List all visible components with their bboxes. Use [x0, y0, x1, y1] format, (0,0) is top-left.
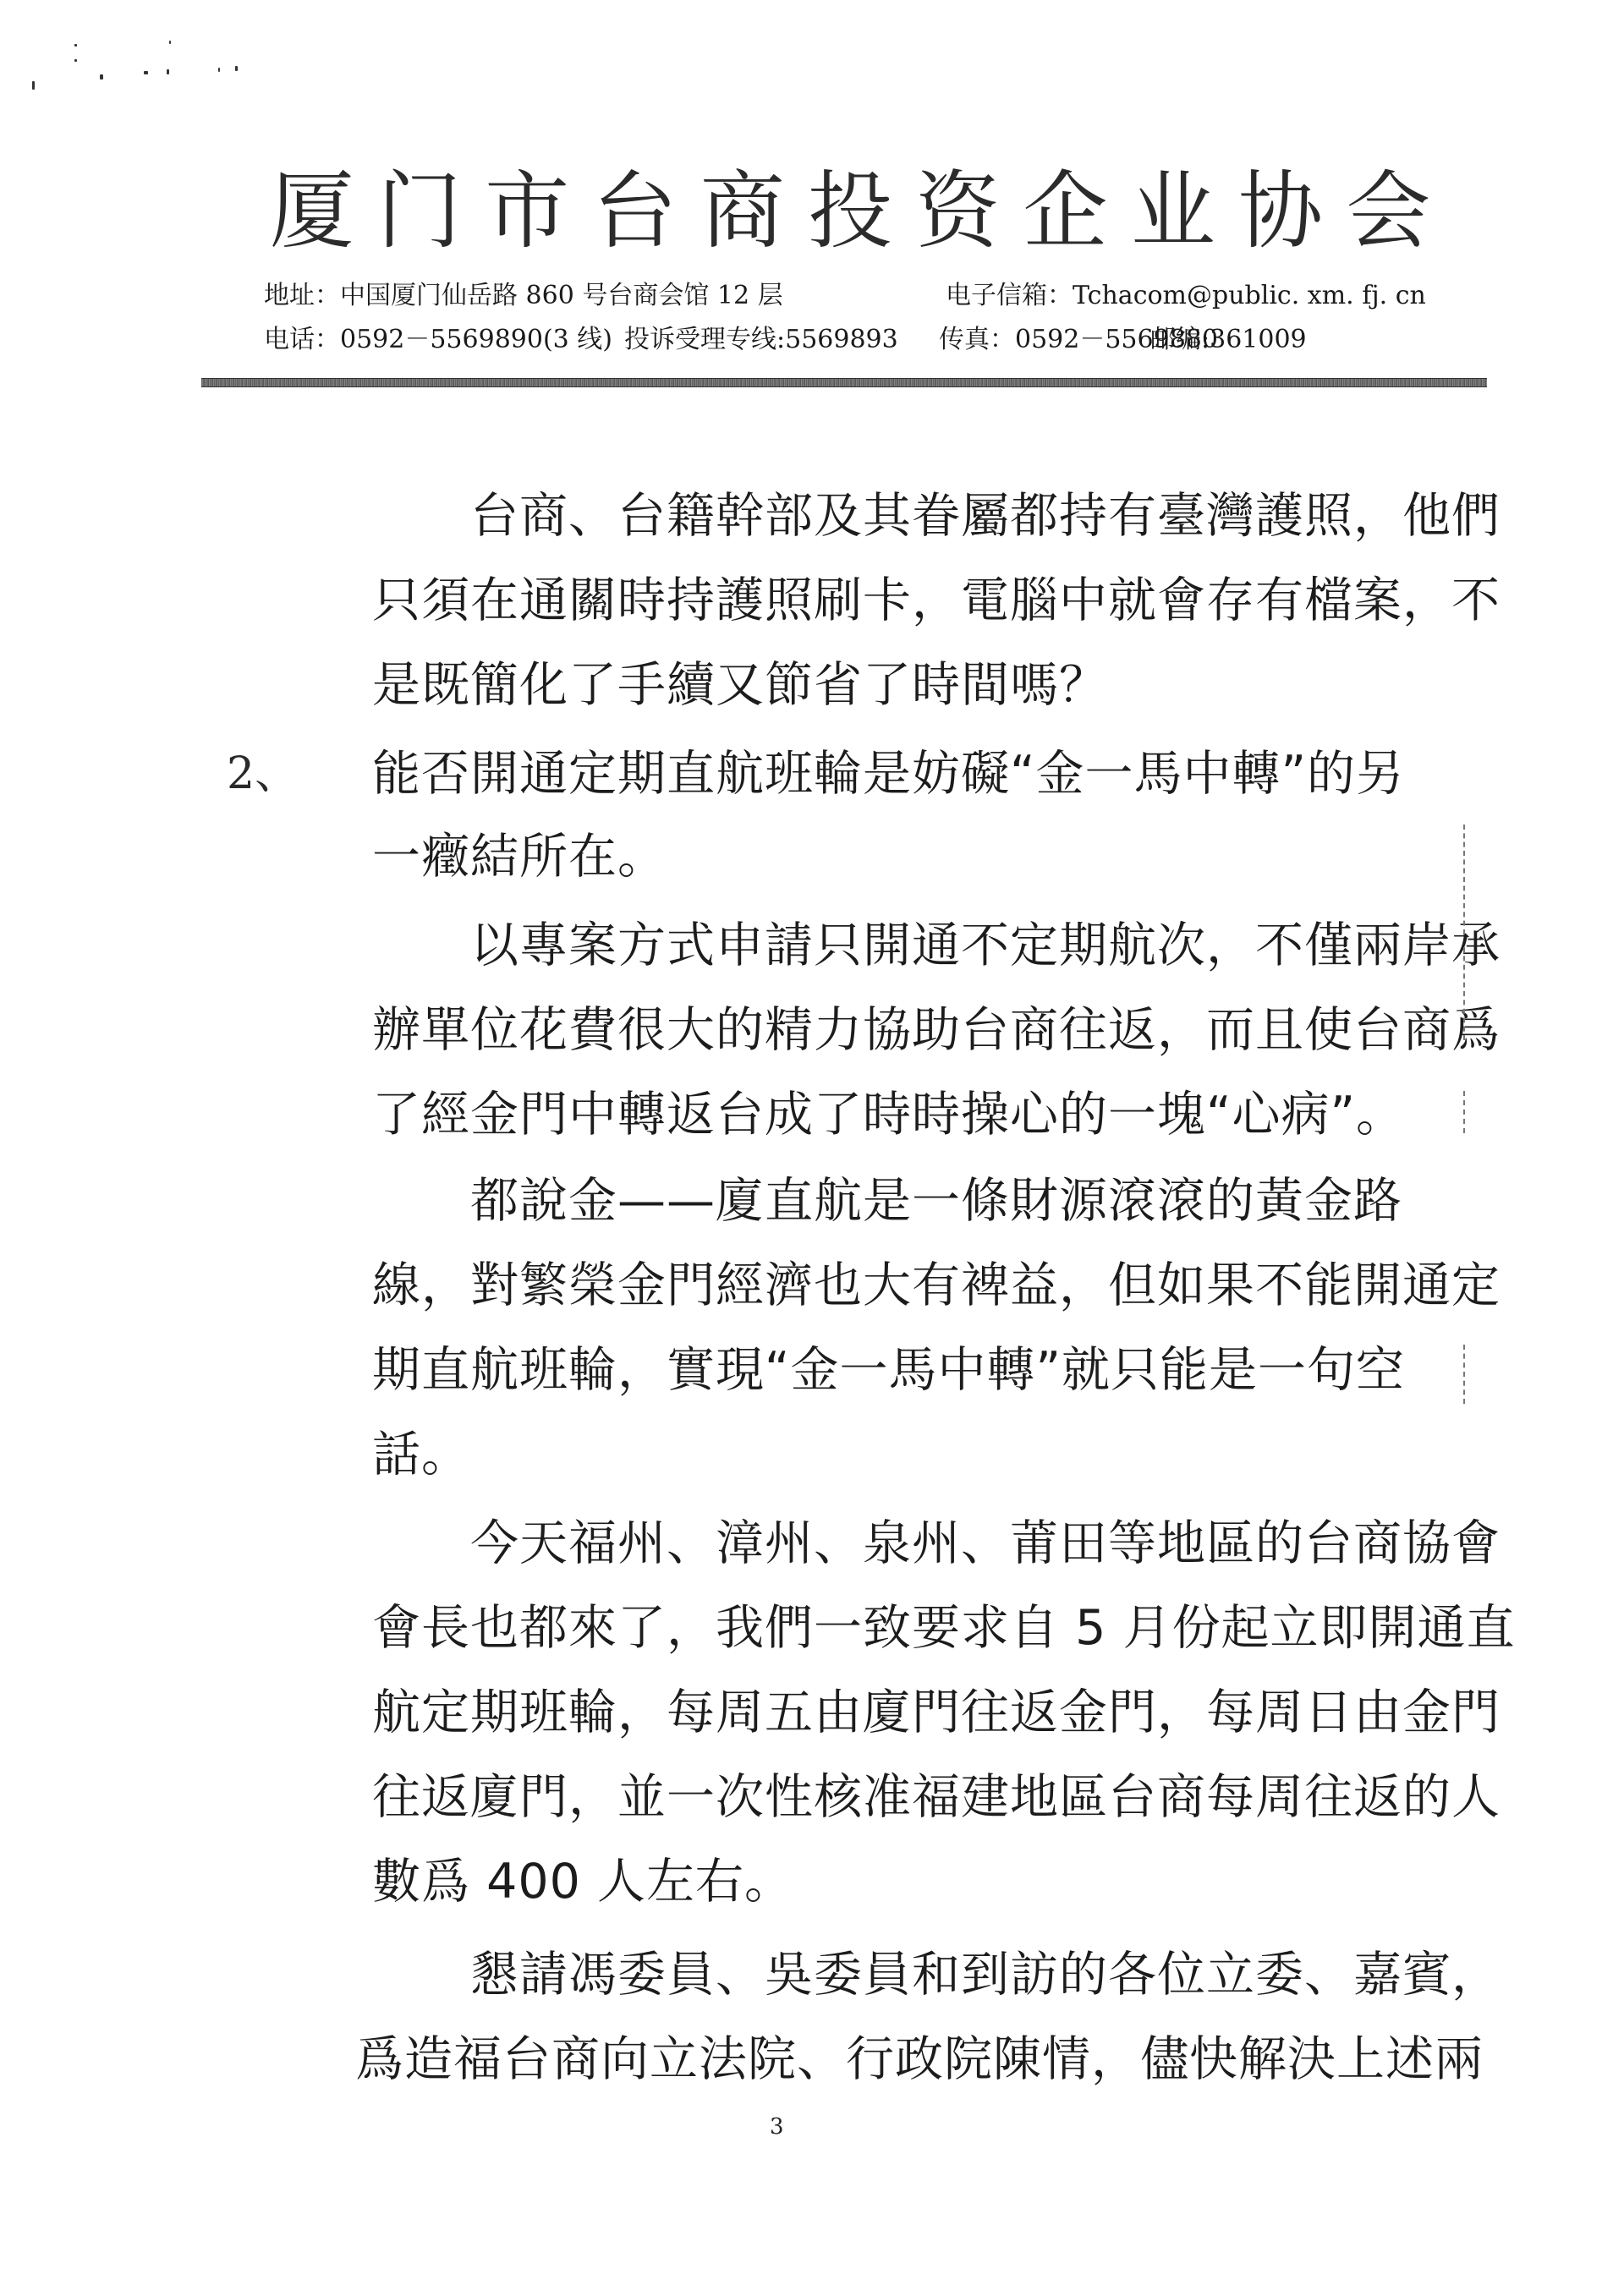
page-number: 3 [770, 2114, 784, 2140]
scan-speck [169, 41, 171, 44]
scan-speck [74, 44, 77, 47]
postcode-text: 邮编:361009 [1150, 323, 1307, 357]
document-page: 厦 门 市 台 商 投 资 企 业 协 会 地址：中国厦门仙岳路 860 号台商… [0, 0, 1624, 2296]
email-text: 电子信箱：Tchacom@public. xm. fj. cn [946, 279, 1426, 313]
org-title-char: 门 [365, 165, 473, 258]
body-line: 能否開通定期直航班輪是妨礙“金一馬中轉”的另 [372, 744, 1405, 803]
org-title-char: 会 [1335, 165, 1442, 258]
body-line: 了經金門中轉返台成了時時操心的一塊“心病”。 [372, 1085, 1405, 1144]
body-line: 辦單位花費很大的精力協助台商往返，而且使台商爲 [372, 1000, 1501, 1060]
org-title-char: 业 [1119, 165, 1226, 258]
body-line: 會長也都來了，我們一致要求自 5 月份起立即開通直 [372, 1598, 1516, 1658]
body-line: 爲造福台商向立法院、行政院陳情，儘快解決上述兩 [355, 2030, 1484, 2089]
body-line: 是既簡化了手續又節省了時間嗎？ [372, 655, 1108, 715]
scan-margin-mark [1463, 1091, 1466, 1133]
scan-margin-mark [1463, 1345, 1466, 1404]
body-line: 以專案方式申請只開通不定期航次，不僅兩岸承 [372, 916, 1501, 975]
org-title-char: 市 [474, 165, 581, 258]
org-title-char: 协 [1226, 165, 1334, 258]
body-line: 台商、台籍幹部及其眷屬都持有臺灣護照，他們 [372, 486, 1501, 545]
org-title-char: 台 [581, 165, 689, 258]
body-line: 只須在通關時持護照刷卡，電腦中就會存有檔案，不 [372, 571, 1501, 630]
scan-speck [100, 74, 103, 79]
body-line: 話。 [372, 1425, 470, 1484]
scan-margin-mark [1463, 947, 1466, 1040]
scan-speck [218, 68, 220, 72]
org-title-char: 投 [796, 165, 903, 258]
body-line: 都說金——廈直航是一條財源滾滾的黃金路 [372, 1171, 1402, 1230]
org-title-char: 商 [689, 165, 796, 258]
address-text: 地址：中国厦门仙岳路 860 号台商会馆 12 层 [264, 279, 783, 313]
complaint-line-text: 投诉受理专线:5569893 [624, 323, 898, 357]
list-number: 2、 [227, 744, 299, 803]
scan-margin-mark [1463, 825, 1466, 934]
body-line: 今天福州、漳州、泉州、莆田等地區的台商協會 [372, 1514, 1501, 1573]
org-title-char: 企 [1012, 165, 1119, 258]
scan-speck [74, 59, 77, 62]
body-line: 一癥結所在。 [372, 827, 667, 886]
letterhead-divider [201, 378, 1487, 387]
phone-text: 电话：0592－5569890(3 线) [264, 323, 612, 357]
organization-title: 厦 门 市 台 商 投 资 企 业 协 会 [258, 165, 1442, 258]
body-line: 期直航班輪，實現“金一馬中轉”就只能是一句空 [372, 1340, 1405, 1400]
scan-speck [32, 81, 35, 90]
body-line: 往返廈門，並一次性核准福建地區台商每周往返的人 [372, 1767, 1501, 1827]
scan-speck [144, 71, 148, 74]
body-line: 航定期班輪，每周五由廈門往返金門，每周日由金門 [372, 1683, 1501, 1742]
scan-speck [235, 66, 238, 71]
org-title-char: 资 [904, 165, 1012, 258]
org-title-char: 厦 [258, 165, 365, 258]
body-line: 懇請馮委員、吳委員和到訪的各位立委、嘉賓， [372, 1945, 1501, 2004]
body-line: 數爲 400 人左右。 [372, 1852, 793, 1911]
scan-speck [167, 69, 169, 74]
body-line: 線，對繁榮金門經濟也大有裨益，但如果不能開通定 [372, 1256, 1501, 1315]
